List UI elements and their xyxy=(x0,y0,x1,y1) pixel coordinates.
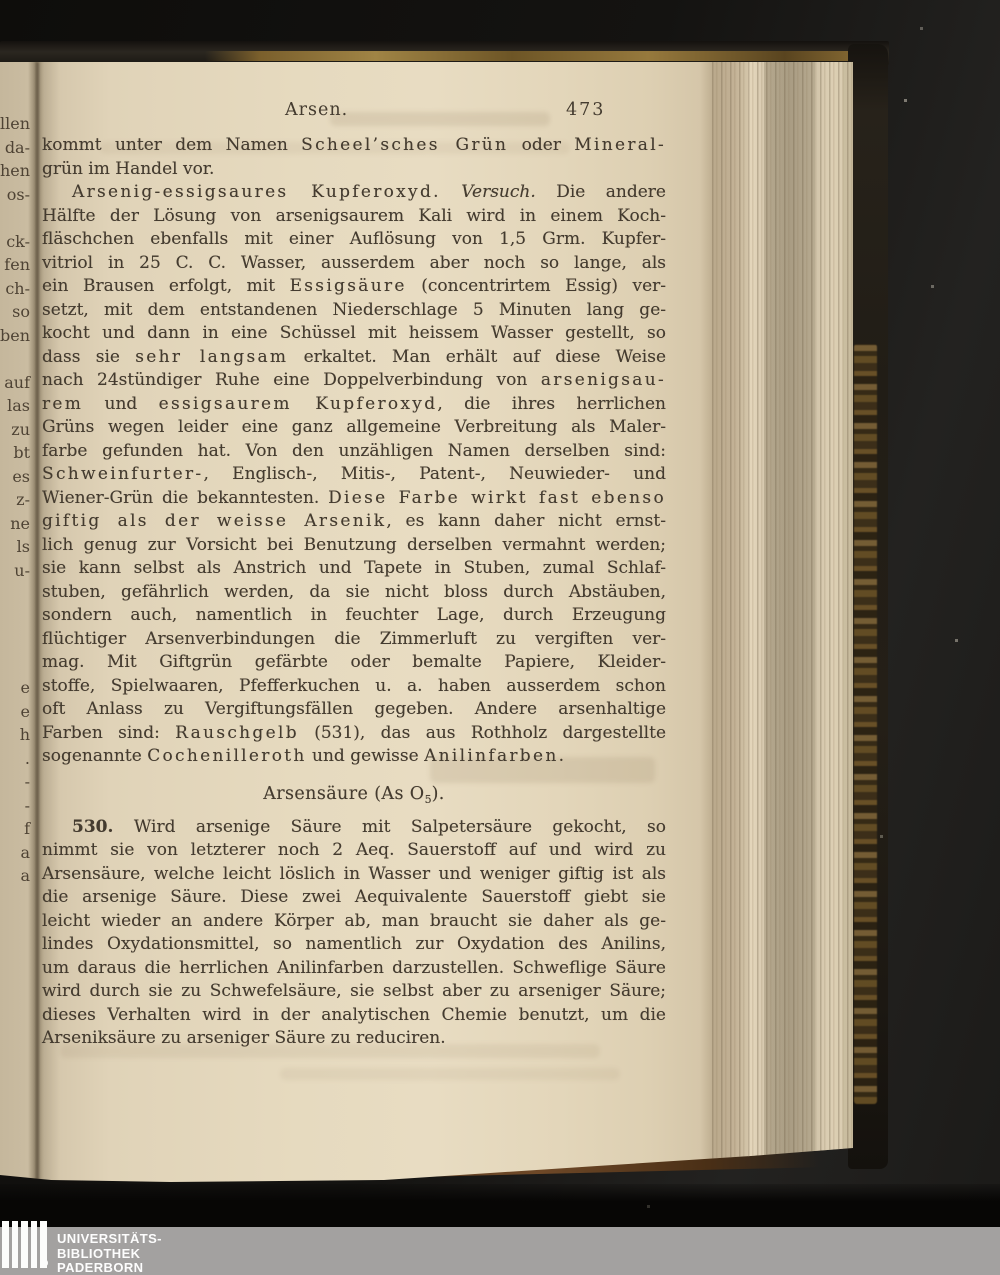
text-segment: um daraus die herrlichen Anilinfarben da… xyxy=(42,958,666,978)
text-segment: Rauschgelb xyxy=(175,723,299,743)
text-segment: leicht wieder an andere Körper ab, man b… xyxy=(42,911,666,931)
text-line: lindes Oxydationsmittel, so namentlich z… xyxy=(42,933,666,957)
library-name-line: BIBLIOTHEK xyxy=(57,1247,162,1262)
text-segment: Arsensäure, welche leicht löslich in Was… xyxy=(42,864,666,884)
book-bottom-shadow xyxy=(0,1184,1000,1227)
text-segment: Mineral- xyxy=(574,135,666,155)
logo-dot-icon xyxy=(40,1259,48,1267)
logo-bar xyxy=(31,1221,38,1268)
text-line: setzt, mit dem entstandenen Niederschlag… xyxy=(42,299,666,323)
text-segment: erkaltet. Man erhält auf diese Weise xyxy=(288,347,666,367)
logo-bar xyxy=(2,1221,9,1268)
text-segment: wird durch sie zu Schwefelsäure, sie sel… xyxy=(42,981,666,1001)
text-line: 530. Wird arsenige Säure mit Salpetersäu… xyxy=(42,816,666,840)
text-segment: essigsaurem Kupferoxyd xyxy=(159,394,438,414)
text-segment: Hälfte der Lösung von arsenigsaurem Kali… xyxy=(42,206,666,226)
library-name-line: UNIVERSITÄTS- xyxy=(57,1232,162,1247)
show-through-ghost xyxy=(280,1068,620,1080)
logo-bar xyxy=(21,1221,28,1268)
text-line: lich genug zur Vorsicht bei Benutzung de… xyxy=(42,534,666,558)
text-line: Arseniksäure zu arseniger Säure zu reduc… xyxy=(42,1027,666,1051)
text-segment: rem xyxy=(42,394,83,414)
text-segment: dass sie xyxy=(42,347,135,367)
text-line: kommt unter dem Namen Scheel’sches Grün … xyxy=(42,134,666,158)
text-segment: und xyxy=(83,394,158,414)
facing-page-fragment: auf xyxy=(0,371,33,395)
text-segment: Die andere xyxy=(536,182,666,202)
text-line: mag. Mit Giftgrün gefärbte oder bemalte … xyxy=(42,651,666,675)
facing-page-fragment: bt xyxy=(0,441,33,465)
text-segment: kommt unter dem Namen xyxy=(42,135,301,155)
library-name: UNIVERSITÄTS- BIBLIOTHEK PADERBORN xyxy=(57,1232,162,1275)
facing-page-fragment: las xyxy=(0,394,33,418)
text-line: kocht und dann in eine Schüssel mit heis… xyxy=(42,322,666,346)
text-segment: fläschchen ebenfalls mit einer Auflösung… xyxy=(42,229,666,249)
facing-page-fragment xyxy=(0,582,33,606)
text-segment: sie kann selbst als Anstrich und Tapete … xyxy=(42,558,666,578)
facing-page-fragment xyxy=(0,347,33,371)
text-segment: sehr langsam xyxy=(135,347,288,367)
facing-page-fragment: ch- xyxy=(0,277,33,301)
text-segment: nimmt sie von letzterer noch 2 Aeq. Saue… xyxy=(42,840,666,860)
facing-page-fragment: z- xyxy=(0,488,33,512)
text-segment: Diese Farbe wirkt fast ebenso xyxy=(328,488,666,508)
text-segment: Wiener-Grün die bekanntesten. xyxy=(42,488,328,508)
text-line: grün im Handel vor. xyxy=(42,158,666,182)
text-line: rem und essigsaurem Kupferoxyd, die ihre… xyxy=(42,393,666,417)
text-line: nimmt sie von letzterer noch 2 Aeq. Saue… xyxy=(42,839,666,863)
text-segment: 530. xyxy=(72,817,113,837)
text-line: stuben, gefährlich werden, da sie nicht … xyxy=(42,581,666,605)
text-block: kommt unter dem Namen Scheel’sches Grün … xyxy=(42,134,666,1051)
text-segment: dieses Verhalten wird in der analytische… xyxy=(42,1005,666,1025)
text-line: sondern auch, namentlich in feuchter Lag… xyxy=(42,604,666,628)
facing-page-fragment: e xyxy=(0,676,33,700)
text-line: Arsenig-essigsaures Kupferoxyd. Versuch.… xyxy=(42,181,666,205)
text-segment: 5 xyxy=(425,793,432,806)
book-cover-right-edge xyxy=(848,44,888,1169)
text-segment: , Englisch-, Mitis-, Patent-, Neuwieder-… xyxy=(203,464,666,484)
text-segment: giftig als der weisse Arsenik xyxy=(42,511,386,531)
facing-page-fragment: os- xyxy=(0,183,33,207)
logo-bar xyxy=(12,1221,19,1268)
text-segment: (concentrirtem Essig) ver- xyxy=(407,276,666,296)
scanned-book-photo: llenda-henos-ck-fench-sobenauflaszubtesz… xyxy=(0,0,1000,1275)
text-segment: oder xyxy=(508,135,574,155)
facing-page-fragment: zu xyxy=(0,418,33,442)
text-segment: arsenigsau- xyxy=(541,370,666,390)
text-segment: ). xyxy=(432,784,445,804)
text-segment: vitriol in 25 C. C. Wasser, ausserdem ab… xyxy=(42,253,666,273)
text-segment: , die ihres herrlichen xyxy=(437,394,666,414)
facing-page-fragment: llen xyxy=(0,112,33,136)
facing-page-fragment: hen xyxy=(0,159,33,183)
running-title: Arsen. xyxy=(285,100,348,120)
facing-page-fragment: ne xyxy=(0,512,33,536)
facing-page-fragment: es xyxy=(0,465,33,489)
text-segment: grün im Handel vor. xyxy=(42,159,214,179)
text-segment: . xyxy=(559,746,564,766)
text-line: fläschchen ebenfalls mit einer Auflösung… xyxy=(42,228,666,252)
library-logo xyxy=(2,1221,50,1268)
text-segment xyxy=(441,182,461,202)
facing-page-fragment: a xyxy=(0,841,33,865)
text-segment: Arsenig-essigsaures Kupferoxyd. xyxy=(72,182,441,202)
text-line: Hälfte der Lösung von arsenigsaurem Kali… xyxy=(42,205,666,229)
text-line: leicht wieder an andere Körper ab, man b… xyxy=(42,910,666,934)
text-line: wird durch sie zu Schwefelsäure, sie sel… xyxy=(42,980,666,1004)
text-line: um daraus die herrlichen Anilinfarben da… xyxy=(42,957,666,981)
text-segment: setzt, mit dem entstandenen Niederschlag… xyxy=(42,300,666,320)
facing-page-fragments: llenda-henos-ck-fench-sobenauflaszubtesz… xyxy=(0,112,33,888)
text-segment: Cochenilleroth xyxy=(147,746,306,766)
gutter-crease xyxy=(36,62,39,1182)
text-line: Grüns wegen leider eine ganz allgemeine … xyxy=(42,416,666,440)
text-line: sogenannte Cochenilleroth und gewisse An… xyxy=(42,745,666,769)
facing-page-fragment: e xyxy=(0,700,33,724)
text-segment: Arseniksäure zu arseniger Säure zu reduc… xyxy=(42,1028,446,1048)
facing-page-fragment: . xyxy=(0,747,33,771)
facing-page-fragment: ls xyxy=(0,535,33,559)
text-line: vitriol in 25 C. C. Wasser, ausserdem ab… xyxy=(42,252,666,276)
text-segment: Versuch. xyxy=(461,182,535,202)
text-segment: Scheel’sches Grün xyxy=(301,135,508,155)
facing-page-fragment: - xyxy=(0,794,33,818)
text-line: farbe gefunden hat. Von den unzähligen N… xyxy=(42,440,666,464)
show-through-ghost xyxy=(330,112,550,126)
text-segment: Essigsäure xyxy=(290,276,407,296)
text-segment: lindes Oxydationsmittel, so namentlich z… xyxy=(42,934,666,954)
facing-page-fragment: da- xyxy=(0,136,33,160)
text-line: Wiener-Grün die bekanntesten. Diese Farb… xyxy=(42,487,666,511)
facing-page-fragment xyxy=(0,653,33,677)
text-line: Farben sind: Rauschgelb (531), das aus R… xyxy=(42,722,666,746)
facing-page-fragment: - xyxy=(0,770,33,794)
page-number: 473 xyxy=(566,100,605,120)
text-segment: nach 24stündiger Ruhe eine Doppelverbind… xyxy=(42,370,541,390)
dust-specks xyxy=(0,0,1,1)
text-line: sie kann selbst als Anstrich und Tapete … xyxy=(42,557,666,581)
text-segment: sogenannte xyxy=(42,746,147,766)
text-line: ein Brausen erfolgt, mit Essigsäure (con… xyxy=(42,275,666,299)
text-segment: stoffe, Spielwaaren, Pfefferkuchen u. a.… xyxy=(42,676,666,696)
text-line: flüchtiger Arsenverbindungen die Zimmerl… xyxy=(42,628,666,652)
facing-page-fragment: a xyxy=(0,864,33,888)
text-segment: (531), das aus Rothholz dargestellte xyxy=(299,723,666,743)
text-segment: Grüns wegen leider eine ganz allgemeine … xyxy=(42,417,666,437)
text-segment: und gewisse xyxy=(307,746,424,766)
facing-page-fragment xyxy=(0,206,33,230)
text-segment: kocht und dann in eine Schüssel mit heis… xyxy=(42,323,666,343)
text-segment: oft Anlass zu Vergiftungsfällen gegeben.… xyxy=(42,699,666,719)
text-line: stoffe, Spielwaaren, Pfefferkuchen u. a.… xyxy=(42,675,666,699)
text-segment: ein Brausen erfolgt, mit xyxy=(42,276,290,296)
text-line: dieses Verhalten wird in der analytische… xyxy=(42,1004,666,1028)
text-segment: sondern auch, namentlich in feuchter Lag… xyxy=(42,605,666,625)
text-segment: stuben, gefährlich werden, da sie nicht … xyxy=(42,582,666,602)
text-line: nach 24stündiger Ruhe eine Doppelverbind… xyxy=(42,369,666,393)
text-segment: mag. Mit Giftgrün gefärbte oder bemalte … xyxy=(42,652,666,672)
text-line: Arsensäure, welche leicht löslich in Was… xyxy=(42,863,666,887)
text-segment: flüchtiger Arsenverbindungen die Zimmerl… xyxy=(42,629,666,649)
facing-page-fragment: u- xyxy=(0,559,33,583)
text-segment: Arsensäure (As O xyxy=(263,784,424,804)
facing-page-fragment: so xyxy=(0,300,33,324)
facing-page-fragment: f xyxy=(0,817,33,841)
text-segment: , es kann daher nicht ernst- xyxy=(386,511,666,531)
facing-page-fragment: fen xyxy=(0,253,33,277)
gilt-edge-highlight xyxy=(205,51,887,61)
text-segment: lich genug zur Vorsicht bei Benutzung de… xyxy=(42,535,666,555)
text-segment: Farben sind: xyxy=(42,723,175,743)
text-segment: Schweinfurter- xyxy=(42,464,203,484)
facing-page-fragment: ck- xyxy=(0,230,33,254)
leather-mottle-texture xyxy=(854,344,877,1104)
text-line: giftig als der weisse Arsenik, es kann d… xyxy=(42,510,666,534)
text-segment: farbe gefunden hat. Von den unzähligen N… xyxy=(42,441,666,461)
fore-edge-striations xyxy=(712,62,853,1182)
facing-page-fragment: h xyxy=(0,723,33,747)
text-line: Schweinfurter-, Englisch-, Mitis-, Paten… xyxy=(42,463,666,487)
section-heading: Arsensäure (As O5). xyxy=(42,783,666,807)
facing-page-fragment xyxy=(0,606,33,630)
library-name-line: PADERBORN xyxy=(57,1261,162,1275)
text-segment: Wird arsenige Säure mit Salpetersäure ge… xyxy=(113,817,666,837)
text-line: die arsenige Säure. Diese zwei Aequivale… xyxy=(42,886,666,910)
text-line: dass sie sehr langsam erkaltet. Man erhä… xyxy=(42,346,666,370)
text-segment: die arsenige Säure. Diese zwei Aequivale… xyxy=(42,887,666,907)
facing-page-fragment: ben xyxy=(0,324,33,348)
facing-page-fragment xyxy=(0,629,33,653)
text-line: oft Anlass zu Vergiftungsfällen gegeben.… xyxy=(42,698,666,722)
text-segment: Anilinfarben xyxy=(424,746,559,766)
